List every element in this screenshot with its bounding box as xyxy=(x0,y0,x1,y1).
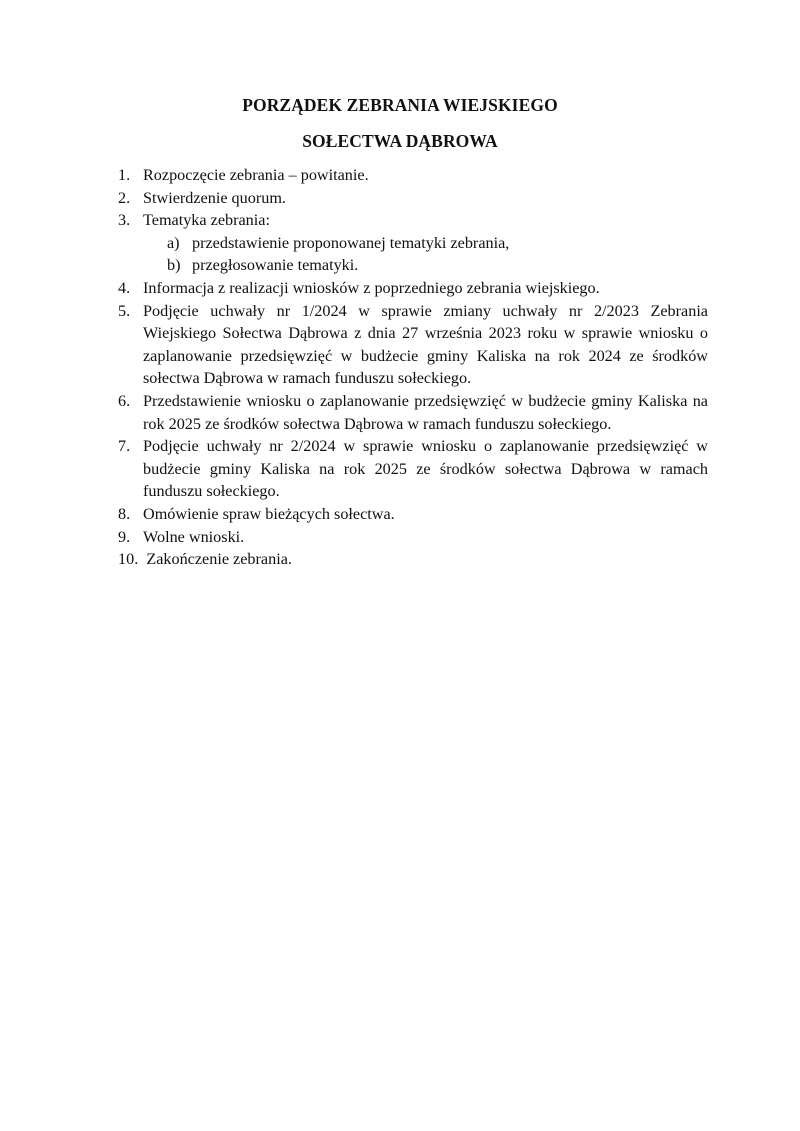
item-text: Stwierdzenie quorum. xyxy=(143,187,708,210)
item-text: Wolne wnioski. xyxy=(143,526,708,549)
item-text: Rozpoczęcie zebrania – powitanie. xyxy=(143,164,708,187)
item-number: 2. xyxy=(118,187,130,210)
item-number: 4. xyxy=(118,277,130,300)
item-text: Omówienie spraw bieżących sołectwa. xyxy=(143,503,708,526)
agenda-subitem: a) przedstawienie proponowanej tematyki … xyxy=(118,232,708,255)
item-text: Zakończenie zebrania. xyxy=(146,550,292,568)
agenda-list: 1. Rozpoczęcie zebrania – powitanie. 2. … xyxy=(118,164,708,571)
item-number: 3. xyxy=(118,209,130,232)
agenda-item: 2. Stwierdzenie quorum. xyxy=(118,187,708,210)
subitem-letter: a) xyxy=(167,232,180,255)
subitem-text: przegłosowanie tematyki. xyxy=(192,256,358,274)
document-subtitle: SOŁECTWA DĄBROWA xyxy=(0,131,800,152)
document-title: PORZĄDEK ZEBRANIA WIEJSKIEGO xyxy=(0,95,800,116)
item-text: Podjęcie uchwały nr 2/2024 w sprawie wni… xyxy=(143,435,708,503)
subitem-text: przedstawienie proponowanej tematyki zeb… xyxy=(192,234,509,252)
item-number: 8. xyxy=(118,503,130,526)
agenda-item: 6. Przedstawienie wniosku o zaplanowanie… xyxy=(118,390,708,435)
item-number: 1. xyxy=(118,164,130,187)
item-number: 5. xyxy=(118,300,130,323)
item-text: Informacja z realizacji wniosków z poprz… xyxy=(143,277,708,300)
item-number: 7. xyxy=(118,435,130,458)
agenda-item: 5. Podjęcie uchwały nr 1/2024 w sprawie … xyxy=(118,300,708,390)
item-number: 6. xyxy=(118,390,130,413)
item-text: Tematyka zebrania: xyxy=(143,209,708,232)
agenda-subitem: b) przegłosowanie tematyki. xyxy=(118,254,708,277)
agenda-item: 4. Informacja z realizacji wniosków z po… xyxy=(118,277,708,300)
agenda-item: 3. Tematyka zebrania: xyxy=(118,209,708,232)
agenda-item: 9. Wolne wnioski. xyxy=(118,526,708,549)
document-page: PORZĄDEK ZEBRANIA WIEJSKIEGO SOŁECTWA DĄ… xyxy=(0,0,800,1131)
agenda-item: 7. Podjęcie uchwały nr 2/2024 w sprawie … xyxy=(118,435,708,503)
agenda-item: 1. Rozpoczęcie zebrania – powitanie. xyxy=(118,164,708,187)
item-number: 9. xyxy=(118,526,130,549)
agenda-item: 8. Omówienie spraw bieżących sołectwa. xyxy=(118,503,708,526)
subitem-letter: b) xyxy=(167,254,180,277)
item-text: Podjęcie uchwały nr 1/2024 w sprawie zmi… xyxy=(143,300,708,390)
item-number: 10. xyxy=(118,550,146,568)
item-text: Przedstawienie wniosku o zaplanowanie pr… xyxy=(143,390,708,435)
agenda-item: 10. Zakończenie zebrania. xyxy=(118,548,708,571)
